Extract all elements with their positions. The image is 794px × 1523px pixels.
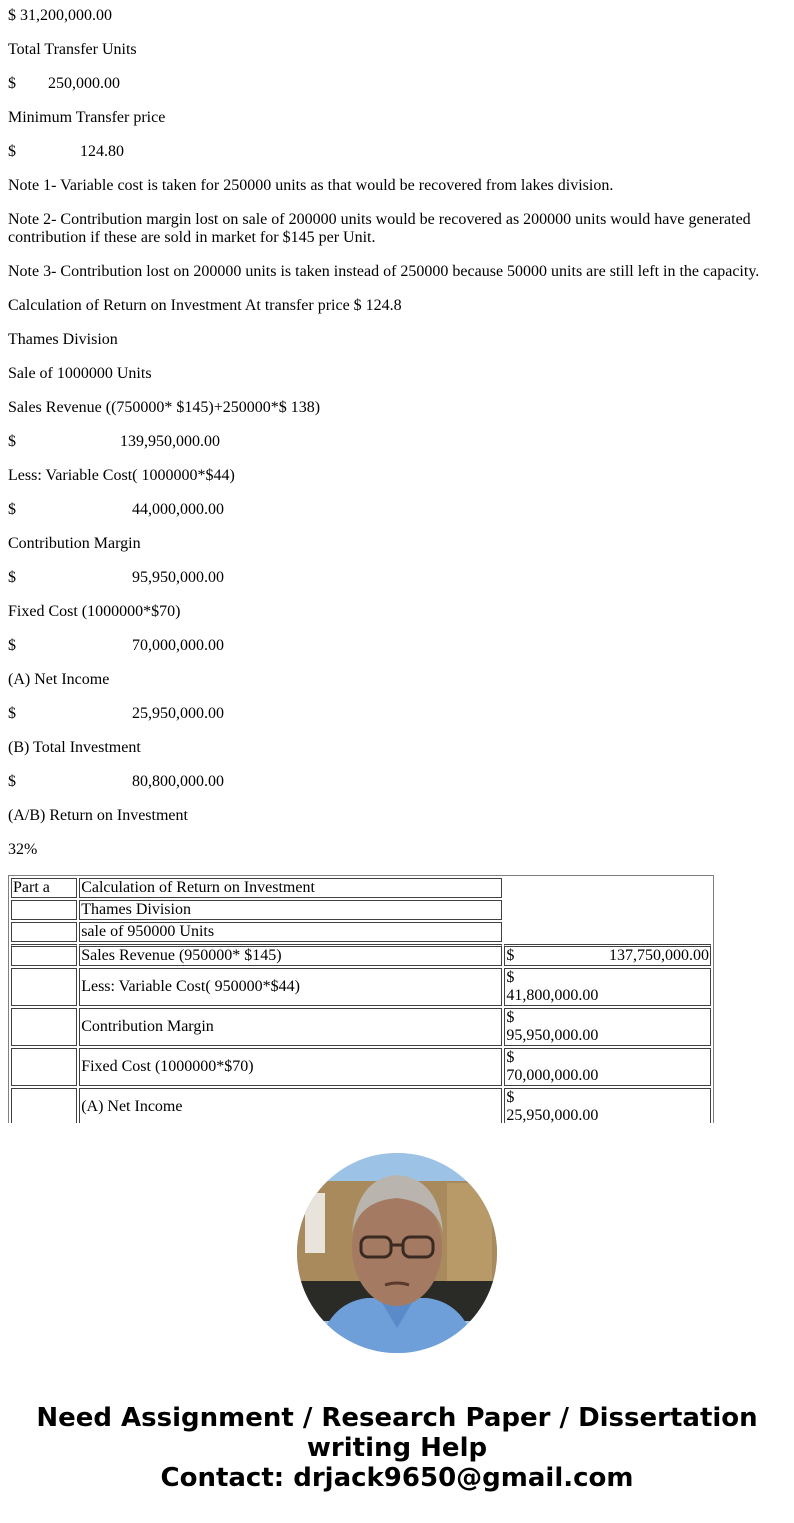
amount-value: 80,800,000.00 xyxy=(132,773,224,790)
currency-symbol: $ xyxy=(8,773,16,790)
currency-symbol: $ xyxy=(8,637,16,654)
roi-line-amount: $44,000,000.00 xyxy=(8,501,224,519)
roi-heading: Calculation of Return on Investment At t… xyxy=(8,297,402,315)
row-label-cell: Less: Variable Cost( 950000*$44) xyxy=(79,968,502,1006)
currency-symbol: $ xyxy=(506,1089,709,1107)
part-cell xyxy=(11,900,77,920)
currency-symbol: $ xyxy=(506,1049,709,1067)
amount-value: 95,950,000.00 xyxy=(132,569,224,586)
currency-symbol: $ xyxy=(8,501,16,518)
row-label-cell: Contribution Margin xyxy=(79,1008,502,1046)
roi-table-container: Part a Calculation of Return on Investme… xyxy=(8,875,718,1123)
row-amount-cell: $95,950,000.00 xyxy=(504,1008,711,1046)
roi-line-label: Sales Revenue ((750000* $145)+250000*$ 1… xyxy=(8,399,320,417)
currency-symbol: $ xyxy=(506,947,514,965)
part-cell xyxy=(11,1008,77,1046)
amount-value: 70,000,000.00 xyxy=(506,1067,709,1085)
table-row: Fixed Cost (1000000*$70)$70,000,000.00 xyxy=(11,1048,711,1086)
note-2: Note 2- Contribution margin lost on sale… xyxy=(8,211,778,247)
roi-line-label: (B) Total Investment xyxy=(8,739,141,757)
part-cell xyxy=(11,922,77,942)
table-row: Sales Revenue (950000* $145)$137,750,000… xyxy=(11,944,711,966)
table-row: Less: Variable Cost( 950000*$44)$41,800,… xyxy=(11,968,711,1006)
part-cell xyxy=(11,968,77,1006)
total-transfer-units-label: Total Transfer Units xyxy=(8,41,137,59)
table-row: Contribution Margin$95,950,000.00 xyxy=(11,1008,711,1046)
promo-line-2: writing Help xyxy=(0,1433,794,1463)
roi-line-label: (A) Net Income xyxy=(8,671,109,689)
promo-line-1: Need Assignment / Research Paper / Disse… xyxy=(0,1403,794,1433)
part-cell xyxy=(11,1088,77,1123)
empty-cell xyxy=(504,878,711,942)
table-row: (A) Net Income$25,950,000.00 xyxy=(11,1088,711,1123)
row-label-cell: (A) Net Income xyxy=(79,1088,502,1123)
row-amount-cell: $25,950,000.00 xyxy=(504,1088,711,1123)
roi-line-label: Contribution Margin xyxy=(8,535,141,553)
avatar xyxy=(297,1153,497,1353)
row-amount-cell: $41,800,000.00 xyxy=(504,968,711,1006)
total-contribution: $ 31,200,000.00 xyxy=(8,7,112,25)
amount-value: 25,950,000.00 xyxy=(506,1107,709,1123)
currency-symbol: $ xyxy=(8,143,16,160)
roi-line-amount: $80,800,000.00 xyxy=(8,773,224,791)
table-header-row: Part a Calculation of Return on Investme… xyxy=(11,878,711,898)
amount-value: 95,950,000.00 xyxy=(506,1027,709,1045)
row-label-cell: Fixed Cost (1000000*$70) xyxy=(79,1048,502,1086)
person-photo-icon xyxy=(297,1153,497,1353)
row-amount-cell: $70,000,000.00 xyxy=(504,1048,711,1086)
note-1: Note 1- Variable cost is taken for 25000… xyxy=(8,177,613,195)
part-cell: Part a xyxy=(11,878,77,898)
roi-line-amount: $95,950,000.00 xyxy=(8,569,224,587)
units-sold: Sale of 1000000 Units xyxy=(8,365,152,383)
amount-value: 124.80 xyxy=(80,143,124,160)
amount-value: 41,800,000.00 xyxy=(506,987,709,1005)
note-3: Note 3- Contribution lost on 200000 unit… xyxy=(8,263,759,281)
division-name: Thames Division xyxy=(8,331,118,349)
currency-symbol: $ xyxy=(8,569,16,586)
roi-line-label: Less: Variable Cost( 1000000*$44) xyxy=(8,467,235,485)
currency-symbol: $ xyxy=(8,433,16,450)
currency-symbol: $ xyxy=(506,1009,709,1027)
roi-line-label: (A/B) Return on Investment xyxy=(8,807,188,825)
amount-value: 32% xyxy=(8,841,37,858)
amount-value: 137,750,000.00 xyxy=(609,947,709,965)
roi-line-label: Fixed Cost (1000000*$70) xyxy=(8,603,180,621)
currency-symbol: $ xyxy=(8,705,16,722)
min-transfer-price-amount: $124.80 xyxy=(8,143,124,161)
amount-value: 25,950,000.00 xyxy=(132,705,224,722)
part-cell xyxy=(11,944,77,966)
promo-banner: Need Assignment / Research Paper / Disse… xyxy=(0,1403,794,1493)
header-text-cell: Thames Division xyxy=(79,900,502,920)
roi-line-amount: 32% xyxy=(8,841,37,859)
currency-symbol: $ xyxy=(506,969,709,987)
roi-line-amount: $25,950,000.00 xyxy=(8,705,224,723)
roi-table: Part a Calculation of Return on Investme… xyxy=(8,875,714,1123)
amount-value: 139,950,000.00 xyxy=(120,433,220,450)
total-transfer-units-amount: $250,000.00 xyxy=(8,75,120,93)
header-text-cell: Calculation of Return on Investment xyxy=(79,878,502,898)
currency-symbol: $ xyxy=(8,75,16,92)
min-transfer-price-label: Minimum Transfer price xyxy=(8,109,165,127)
roi-line-amount: $139,950,000.00 xyxy=(8,433,220,451)
header-text-cell: sale of 950000 Units xyxy=(79,922,502,942)
part-cell xyxy=(11,1048,77,1086)
row-amount-cell: $137,750,000.00 xyxy=(504,944,711,966)
amount-value: 250,000.00 xyxy=(48,75,120,92)
amount-value: 70,000,000.00 xyxy=(132,637,224,654)
promo-contact[interactable]: Contact: drjack9650@gmail.com xyxy=(0,1463,794,1493)
roi-line-amount: $70,000,000.00 xyxy=(8,637,224,655)
row-label-cell: Sales Revenue (950000* $145) xyxy=(79,944,502,966)
amount-value: 44,000,000.00 xyxy=(132,501,224,518)
